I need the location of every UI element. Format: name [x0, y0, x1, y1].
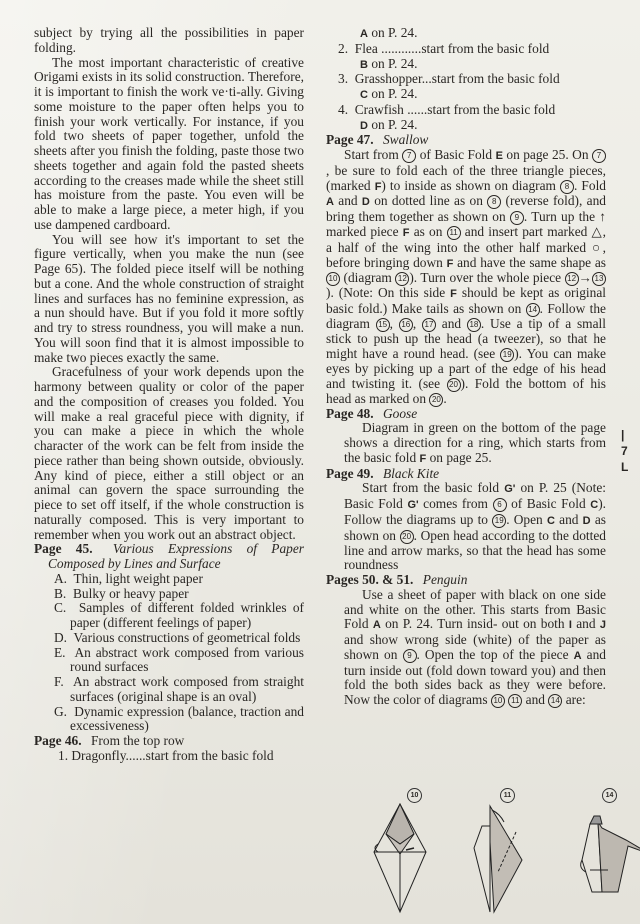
text-fragment: . Open the top of the piece — [417, 647, 569, 662]
list-item: C. Samples of different folded wrinkles … — [34, 601, 304, 631]
text-fragment: and have the same shape as — [457, 255, 606, 270]
section-label: Page 45. — [34, 541, 93, 556]
list-item: 3. Grasshopper...start from the basic fo… — [326, 72, 606, 87]
text-fragment: and — [576, 616, 595, 631]
section-label: Page 49. — [326, 466, 374, 481]
fold-letter: G' — [504, 483, 515, 495]
circled-number: 7 — [592, 149, 606, 163]
page-45-list: A. Thin, light weight paper B. Bulky or … — [34, 572, 304, 734]
list-letter: D. — [54, 630, 67, 645]
text-fragment: . Open — [506, 512, 543, 527]
circled-number: 11 — [508, 694, 522, 708]
fold-letter: D — [360, 120, 368, 132]
text-fragment: of Basic Fold — [420, 147, 492, 162]
list-text: Dynamic expression (balance, traction an… — [70, 704, 304, 734]
list-text: Flea ............start from the basic fo… — [355, 41, 550, 56]
list-text: Grasshopper...start from the basic fold — [355, 71, 560, 86]
circled-number: 14 — [526, 303, 540, 317]
fold-letter: C — [590, 499, 598, 511]
text-fragment: and — [338, 193, 357, 208]
text-fragment: (diagram — [344, 270, 392, 285]
section-title: Penguin — [423, 572, 468, 587]
fold-letter: F — [450, 288, 457, 300]
fold-letter: G' — [407, 499, 418, 511]
text-fragment: . — [443, 391, 446, 406]
list-item: 2. Flea ............start from the basic… — [326, 42, 606, 57]
circled-number: 20 — [447, 378, 461, 392]
text-fragment: ) to inside as shown on diagram — [381, 178, 556, 193]
book-page: subject by trying all the possibilities … — [0, 0, 640, 924]
diagram-label: 11 — [500, 788, 515, 803]
fold-letter: F — [447, 258, 454, 270]
text-fragment: . Fold — [574, 178, 606, 193]
text-fragment: and — [526, 692, 545, 707]
ref-text: on P. 24. — [371, 86, 417, 101]
fold-letter: E — [496, 150, 503, 162]
fold-letter: A — [360, 28, 368, 40]
fold-letter: I — [569, 619, 572, 631]
fold-letter: D — [583, 515, 591, 527]
section-label: Page 46. — [34, 733, 82, 748]
paragraph: subject by trying all the possibilities … — [34, 26, 304, 56]
origami-diagram-11-icon — [470, 802, 530, 914]
list-item: A. Thin, light weight paper — [34, 572, 304, 587]
paragraph-penguin: Use a sheet of paper with black on one s… — [326, 588, 606, 708]
text-fragment: comes from — [423, 496, 488, 511]
paragraph-goose: Diagram in green on the bottom of the pa… — [326, 421, 606, 466]
text-fragment: ). (Note: On this side — [326, 285, 445, 300]
list-text: Various constructions of geometrical fol… — [74, 630, 301, 645]
list-item: F. An abstract work composed from straig… — [34, 675, 304, 705]
section-title: Black Kite — [383, 466, 439, 481]
section-title: Goose — [383, 406, 417, 421]
list-item: B. Bulky or heavy paper — [34, 587, 304, 602]
text-fragment: ). Turn over the whole piece — [409, 270, 561, 285]
ref-text: on P. 24. — [371, 117, 417, 132]
fold-letter: A — [574, 650, 582, 662]
list-item: 1. Dragonfly......start from the basic f… — [34, 749, 304, 764]
list-item: D. Various constructions of geometrical … — [34, 631, 304, 646]
list-letter: C. — [54, 600, 66, 615]
text-fragment: on P. 24. Turn insid- out on both — [385, 616, 565, 631]
fold-letter: B — [360, 59, 368, 71]
fold-letter: A — [373, 619, 381, 631]
margin-mark: L — [621, 460, 628, 474]
paragraph-swallow: Start from 7 of Basic Fold E on page 25.… — [326, 148, 606, 407]
list-text: Samples of different folded wrinkles of … — [70, 600, 304, 630]
list-letter: E. — [54, 645, 66, 660]
fold-letter: A — [326, 196, 334, 208]
origami-diagrams: 10 11 14 — [340, 780, 640, 920]
paragraph: The most important characteristic of cre… — [34, 56, 304, 233]
circled-number: 16 — [399, 318, 413, 332]
fold-letter: D — [362, 196, 370, 208]
circled-number: 11 — [447, 226, 461, 240]
list-item: 4. Crawfish ......start from the basic f… — [326, 103, 606, 118]
list-letter: A. — [54, 571, 67, 586]
text-fragment: on page 25. On — [506, 147, 588, 162]
text-fragment: → — [579, 270, 592, 285]
text-fragment: Start from — [344, 147, 399, 162]
left-column: subject by trying all the possibilities … — [34, 26, 304, 764]
section-label: Page 47. — [326, 132, 374, 147]
text-fragment: are: — [566, 692, 586, 707]
list-text: Bulky or heavy paper — [73, 586, 189, 601]
section-page-48: Page 48. Goose — [326, 407, 606, 422]
fold-letter: C — [547, 515, 555, 527]
paragraph-black-kite: Start from the basic fold G' on P. 25 (N… — [326, 481, 606, 573]
list-item: E. An abstract work composed from variou… — [34, 646, 304, 676]
circled-number: 12 — [395, 272, 409, 286]
circled-number: 7 — [402, 149, 416, 163]
text-fragment: as on — [414, 224, 443, 239]
fold-letter: F — [403, 227, 410, 239]
margin-mark: 7 — [621, 444, 628, 458]
section-title: Swallow — [383, 132, 428, 147]
list-text: An abstract work composed from various r… — [70, 645, 304, 675]
section-page-50-51: Pages 50. & 51. Penguin — [326, 573, 606, 588]
list-letter: B. — [54, 586, 66, 601]
text-fragment: Start from the basic fold — [362, 480, 499, 495]
fold-letter: C — [360, 89, 368, 101]
circled-number: 15 — [376, 318, 390, 332]
section-label: Pages 50. & 51. — [326, 572, 413, 587]
list-number: 4. — [338, 102, 348, 117]
list-number: 3. — [338, 71, 348, 86]
circled-number: 13 — [592, 272, 606, 286]
circled-number: 10 — [491, 694, 505, 708]
circled-number: 6 — [493, 498, 507, 512]
section-label: Page 48. — [326, 406, 374, 421]
circled-number: 12 — [565, 272, 579, 286]
list-letter: G. — [54, 704, 67, 719]
paragraph: You will see how it's important to set t… — [34, 233, 304, 366]
list-text: Crawfish ......start from the basic fold — [355, 102, 555, 117]
list-letter: F. — [54, 674, 64, 689]
section-title: From the top row — [91, 733, 184, 748]
fold-letter: J — [600, 619, 606, 631]
text-fragment: and — [559, 512, 578, 527]
text-fragment: on dotted line as on — [374, 193, 483, 208]
circled-number: 9 — [510, 211, 524, 225]
circled-number: 8 — [560, 180, 574, 194]
ref-text: on P. 24. — [371, 56, 417, 71]
list-item: G. Dynamic expression (balance, traction… — [34, 705, 304, 735]
text-fragment: on page 25. — [430, 450, 492, 465]
list-text: An abstract work composed from straight … — [70, 674, 304, 704]
list-text: Thin, light weight paper — [74, 571, 203, 586]
section-page-45: Page 45. Various Expressions of Paper Co… — [34, 542, 304, 572]
circled-number: 10 — [326, 272, 340, 286]
circled-number: 19 — [492, 514, 506, 528]
origami-diagram-10-icon — [370, 802, 430, 914]
text-fragment: of Basic Fold — [511, 496, 586, 511]
text-fragment: and — [442, 316, 461, 331]
list-number: 2. — [338, 41, 348, 56]
list-ref: D on P. 24. — [326, 118, 606, 134]
circled-number: 19 — [500, 348, 514, 362]
circled-number: 17 — [422, 318, 436, 332]
section-page-47: Page 47. Swallow — [326, 133, 606, 148]
circled-number: 20 — [400, 530, 414, 544]
section-page-49: Page 49. Black Kite — [326, 467, 606, 482]
paragraph: Gracefulness of your work depends upon t… — [34, 365, 304, 542]
section-page-46: Page 46. From the top row — [34, 734, 304, 749]
margin-mark: | — [621, 428, 624, 442]
list-ref: B on P. 24. — [326, 57, 606, 73]
list-ref: A on P. 24. — [326, 26, 606, 42]
circled-number: 8 — [487, 195, 501, 209]
diagram-label: 10 — [407, 788, 422, 803]
circled-number: 18 — [467, 318, 481, 332]
circled-number: 20 — [429, 393, 443, 407]
fold-letter: F — [420, 453, 427, 465]
circled-number: 14 — [548, 694, 562, 708]
ref-text: on P. 24. — [371, 25, 417, 40]
origami-diagram-14-icon — [572, 802, 640, 914]
circled-number: 9 — [403, 649, 417, 663]
right-column: A on P. 24. 2. Flea ............start fr… — [326, 26, 606, 708]
diagram-label: 14 — [602, 788, 617, 803]
list-ref: C on P. 24. — [326, 87, 606, 103]
